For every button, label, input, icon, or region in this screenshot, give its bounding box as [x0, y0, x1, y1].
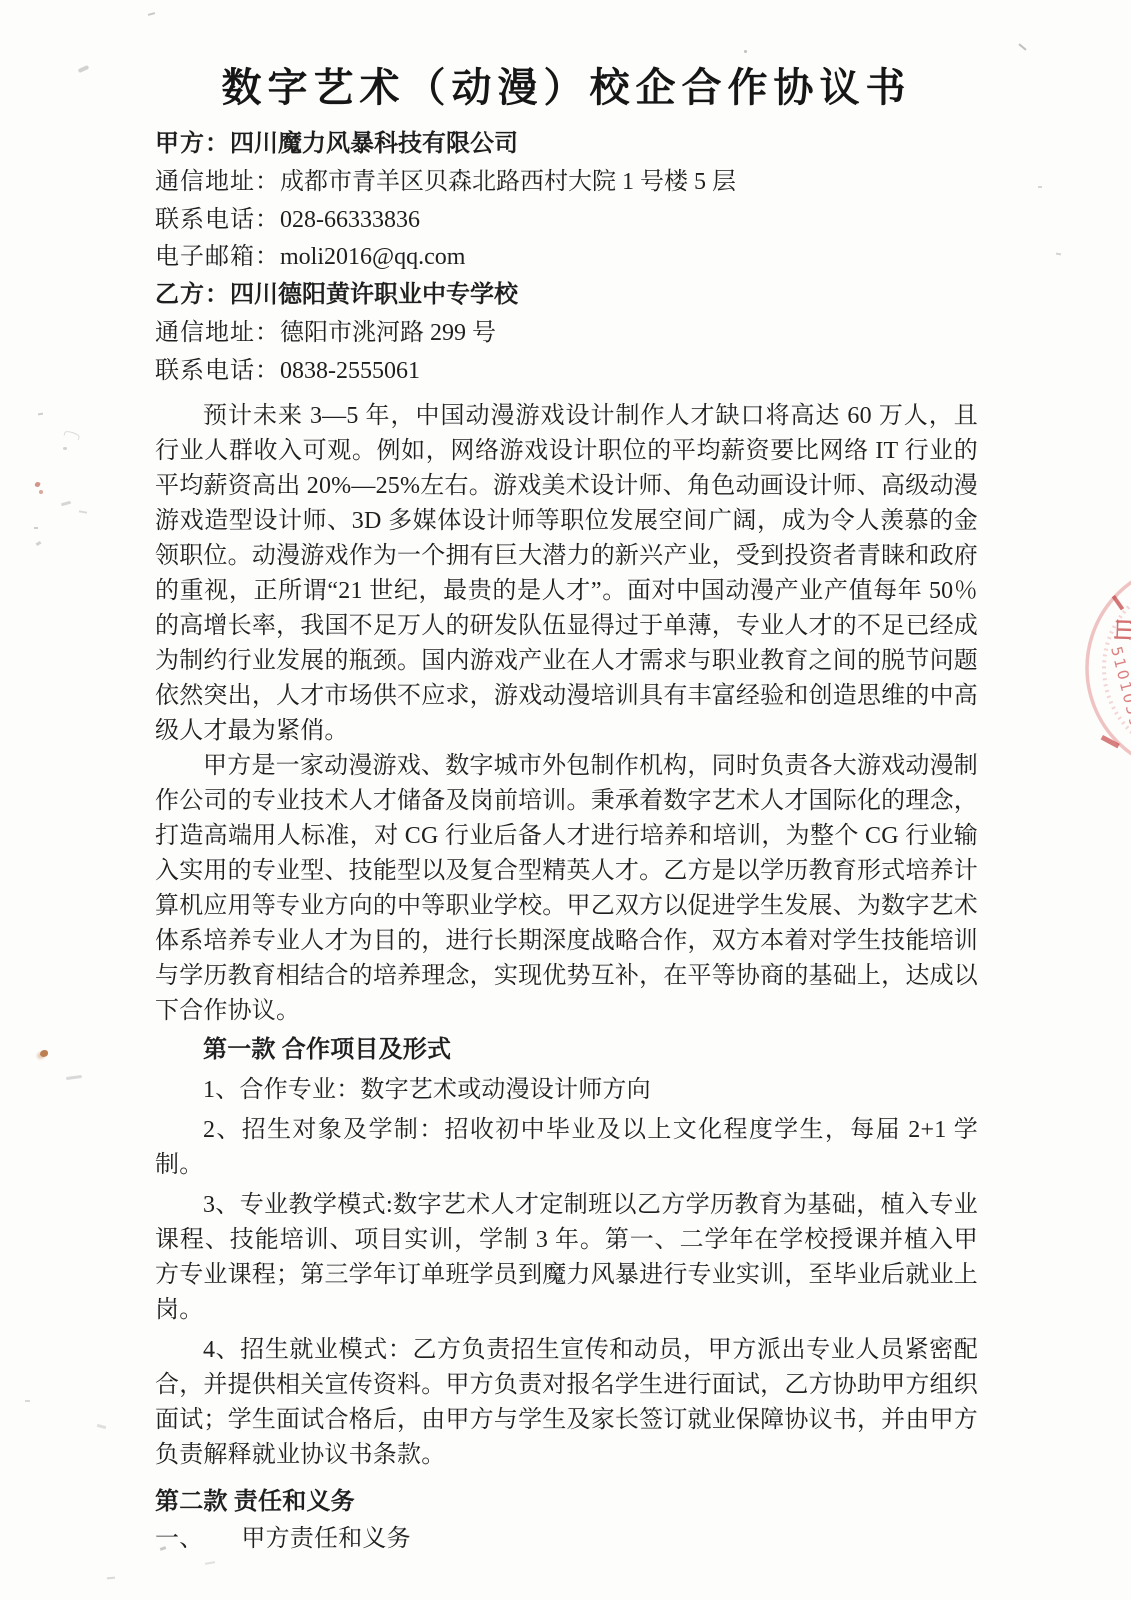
document-title: 数字艺术（动漫）校企合作协议书 [155, 64, 978, 112]
seal-edge-mark-bottom [1101, 735, 1120, 748]
section-2-sub-item-number: 一、 [155, 1526, 203, 1552]
seal-number: 5101059 [1107, 645, 1131, 731]
party-b-address-label: 通信地址： [155, 320, 280, 346]
scan-speck [34, 527, 38, 529]
document-page: 数字艺术（动漫）校企合作协议书 甲方：四川魔力风暴科技有限公司 通信地址：成都市… [0, 0, 1131, 1600]
party-b-name: 四川德阳黄许职业中专学校 [230, 282, 518, 308]
scan-speck [38, 413, 43, 416]
parties-header-block: 甲方：四川魔力风暴科技有限公司 通信地址：成都市青羊区贝森北路西村大院 1 号楼… [155, 126, 978, 391]
scan-speck [63, 430, 80, 441]
party-a-email-line: 电子邮箱：moli2016@qq.com [155, 239, 978, 277]
party-a-address-label: 通信地址： [155, 169, 280, 195]
party-b-phone-label: 联系电话： [155, 358, 280, 384]
section-2-heading: 第二款 责任和义务 [155, 1485, 978, 1520]
scan-speck [1038, 186, 1042, 188]
section-1-item-1: 1、合作专业：数字艺术或动漫设计师方向 [155, 1073, 978, 1108]
intro-paragraph-1: 预计未来 3—5 年，中国动漫游戏设计制作人才缺口将高达 60 万人，且行业人群… [155, 399, 978, 749]
party-a-phone-line: 联系电话：028-66333836 [155, 202, 978, 240]
section-2-sub-item: 一、甲方责任和义务 [155, 1522, 978, 1557]
document-body: 预计未来 3—5 年，中国动漫游戏设计制作人才缺口将高达 60 万人，且行业人群… [155, 399, 978, 1557]
scan-speck [63, 447, 67, 450]
seal-edge-mark-top [1112, 595, 1124, 610]
scan-speck [25, 1400, 30, 1402]
party-b-phone-line: 联系电话：0838-2555061 [155, 353, 978, 391]
scan-speck [107, 1577, 115, 1580]
scan-speck [34, 481, 40, 487]
scan-speck [1056, 253, 1061, 256]
party-b-address-value: 德阳市洮河路 299 号 [280, 320, 496, 346]
document-content: 数字艺术（动漫）校企合作协议书 甲方：四川魔力风暴科技有限公司 通信地址：成都市… [155, 0, 978, 1557]
scan-speck [205, 1561, 215, 1565]
section-1-heading: 第一款 合作项目及形式 [155, 1033, 978, 1068]
party-b-phone-value: 0838-2555061 [280, 358, 420, 384]
party-a-email-label: 电子邮箱： [155, 244, 280, 270]
party-b-address-line: 通信地址：德阳市洮河路 299 号 [155, 315, 978, 353]
section-2-sub-item-text: 甲方责任和义务 [241, 1526, 410, 1552]
section-1-item-3: 3、专业教学模式:数字艺术人才定制班以乙方学历教育为基础，植入专业课程、技能培训… [155, 1188, 978, 1328]
party-a-phone-value: 028-66333836 [280, 207, 420, 233]
party-b-label: 乙方： [155, 282, 230, 308]
party-b-line: 乙方：四川德阳黄许职业中专学校 [155, 277, 978, 315]
section-1-item-2: 2、招生对象及学制：招收初中毕业及以上文化程度学生，每届 2+1 学制。 [155, 1113, 978, 1183]
party-a-phone-label: 联系电话： [155, 207, 280, 233]
party-a-name: 四川魔力风暴科技有限公司 [230, 131, 518, 157]
scan-speck [1018, 43, 1026, 50]
party-a-address-line: 通信地址：成都市青羊区贝森北路西村大院 1 号楼 5 层 [155, 164, 978, 202]
scan-speck [40, 1050, 48, 1057]
party-a-line: 甲方：四川魔力风暴科技有限公司 [155, 126, 978, 164]
scan-speck [66, 1075, 82, 1080]
scan-speck [79, 510, 87, 513]
scan-speck [97, 1424, 106, 1429]
scan-speck [36, 541, 42, 546]
seal-glyph: 山 [1110, 618, 1131, 642]
party-a-email-value: moli2016@qq.com [280, 244, 465, 270]
scan-speck [61, 501, 71, 506]
scan-speck [78, 65, 90, 73]
party-a-label: 甲方： [155, 131, 230, 157]
intro-paragraph-2: 甲方是一家动漫游戏、数字城市外包制作机构，同时负责各大游戏动漫制作公司的专业技术… [155, 749, 978, 1029]
scan-speck [39, 490, 43, 494]
red-seal-stamp: 山 5101059 [1039, 552, 1131, 767]
party-a-address-value: 成都市青羊区贝森北路西村大院 1 号楼 5 层 [280, 169, 736, 195]
section-1-item-4: 4、招生就业模式：乙方负责招生宣传和动员，甲方派出专业人员紧密配合，并提供相关宣… [155, 1333, 978, 1473]
